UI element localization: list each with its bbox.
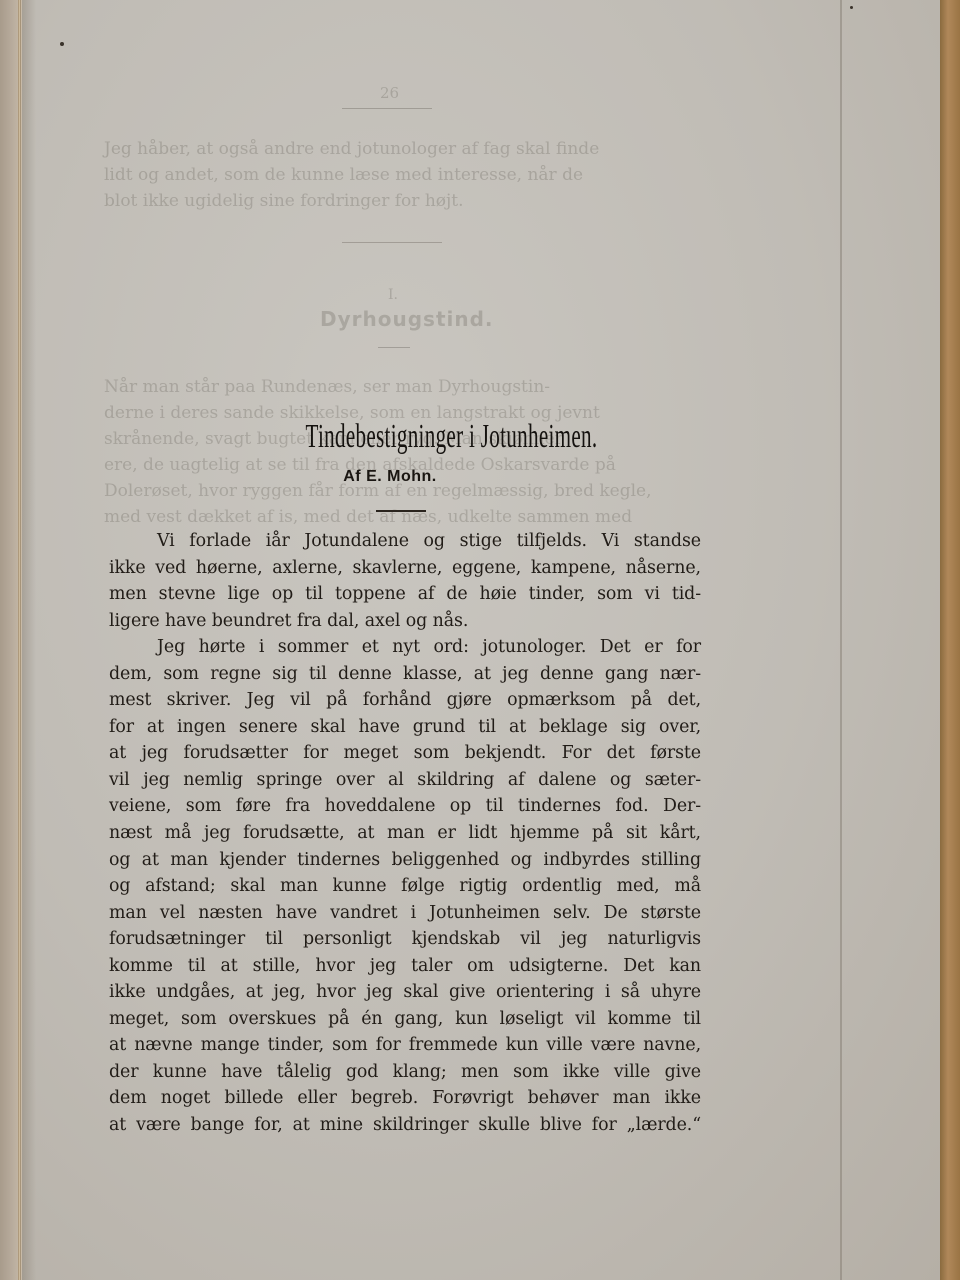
text-line: Jeg hørte i sommer et nyt ord: jotunolog… (109, 634, 701, 661)
article-title: Tindebestigninger i Jotunheimen. (154, 418, 749, 456)
text-line: veiene, som føre fra hoveddalene op til … (109, 793, 701, 820)
text-line: næst må jeg forudsætte, at man er lidt h… (109, 820, 701, 847)
ghost-section-title: Dyrhougstind. (320, 306, 494, 332)
text-line: at jeg forudsætter for meget som bekjend… (109, 740, 701, 767)
ghost-rule (342, 108, 432, 109)
text-line: man vel næsten have vandret i Jotunheime… (109, 900, 701, 927)
text-line: vil jeg nemlig springe over al skildring… (109, 767, 701, 794)
text-line: at være bange for, at mine skildringer s… (109, 1112, 701, 1139)
text-line: Vi forlade iår Jotundalene og stige tilf… (109, 528, 701, 555)
ghost-section-number: I. (388, 282, 398, 308)
wooden-edge (940, 0, 960, 1280)
text-line: og at man kjender tindernes beliggenhed … (109, 847, 701, 874)
previous-page-edge (18, 0, 21, 1280)
ghost-page-number: 26 (380, 80, 399, 106)
text-line: meget, som overskues på én gang, kun løs… (109, 1006, 701, 1033)
text-line: at nævne mange tinder, som for fremmede … (109, 1032, 701, 1059)
page-crease (840, 0, 842, 1280)
text-line: ligere have beundret fra dal, axel og nå… (109, 608, 701, 635)
paper-speck (850, 6, 853, 9)
text-line: forudsætninger til personligt kjendskab … (109, 926, 701, 953)
paragraph-1: Vi forlade iår Jotundalene og stige tilf… (109, 528, 701, 634)
ghost-rule (342, 242, 442, 243)
paragraph-2: Jeg hørte i sommer et nyt ord: jotunolog… (109, 634, 701, 1138)
text-line: dem noget billede eller begreb. Forøvrig… (109, 1085, 701, 1112)
title-rule (376, 510, 426, 512)
ghost-rule (378, 347, 410, 348)
paper-speck (60, 42, 64, 46)
binding-shadow (22, 0, 36, 1280)
article-body: Vi forlade iår Jotundalene og stige tilf… (109, 528, 701, 1139)
text-line: dem, som regne sig til denne klasse, at … (109, 661, 701, 688)
text-line: mest skriver. Jeg vil på forhånd gjøre o… (109, 687, 701, 714)
text-line: ikke undgåes, at jeg, hvor jeg skal give… (109, 979, 701, 1006)
text-line: og afstand; skal man kunne følge rigtig … (109, 873, 701, 900)
article-author: Af E. Mohn. (0, 468, 780, 486)
text-line: men stevne lige op til toppene af de høi… (109, 581, 701, 608)
text-line: der kunne have tålelig god klang; men so… (109, 1059, 701, 1086)
text-line: for at ingen senere skal have grund til … (109, 714, 701, 741)
text-line: ikke ved høerne, axlerne, skavlerne, egg… (109, 555, 701, 582)
text-line: komme til at stille, hvor jeg taler om u… (109, 953, 701, 980)
